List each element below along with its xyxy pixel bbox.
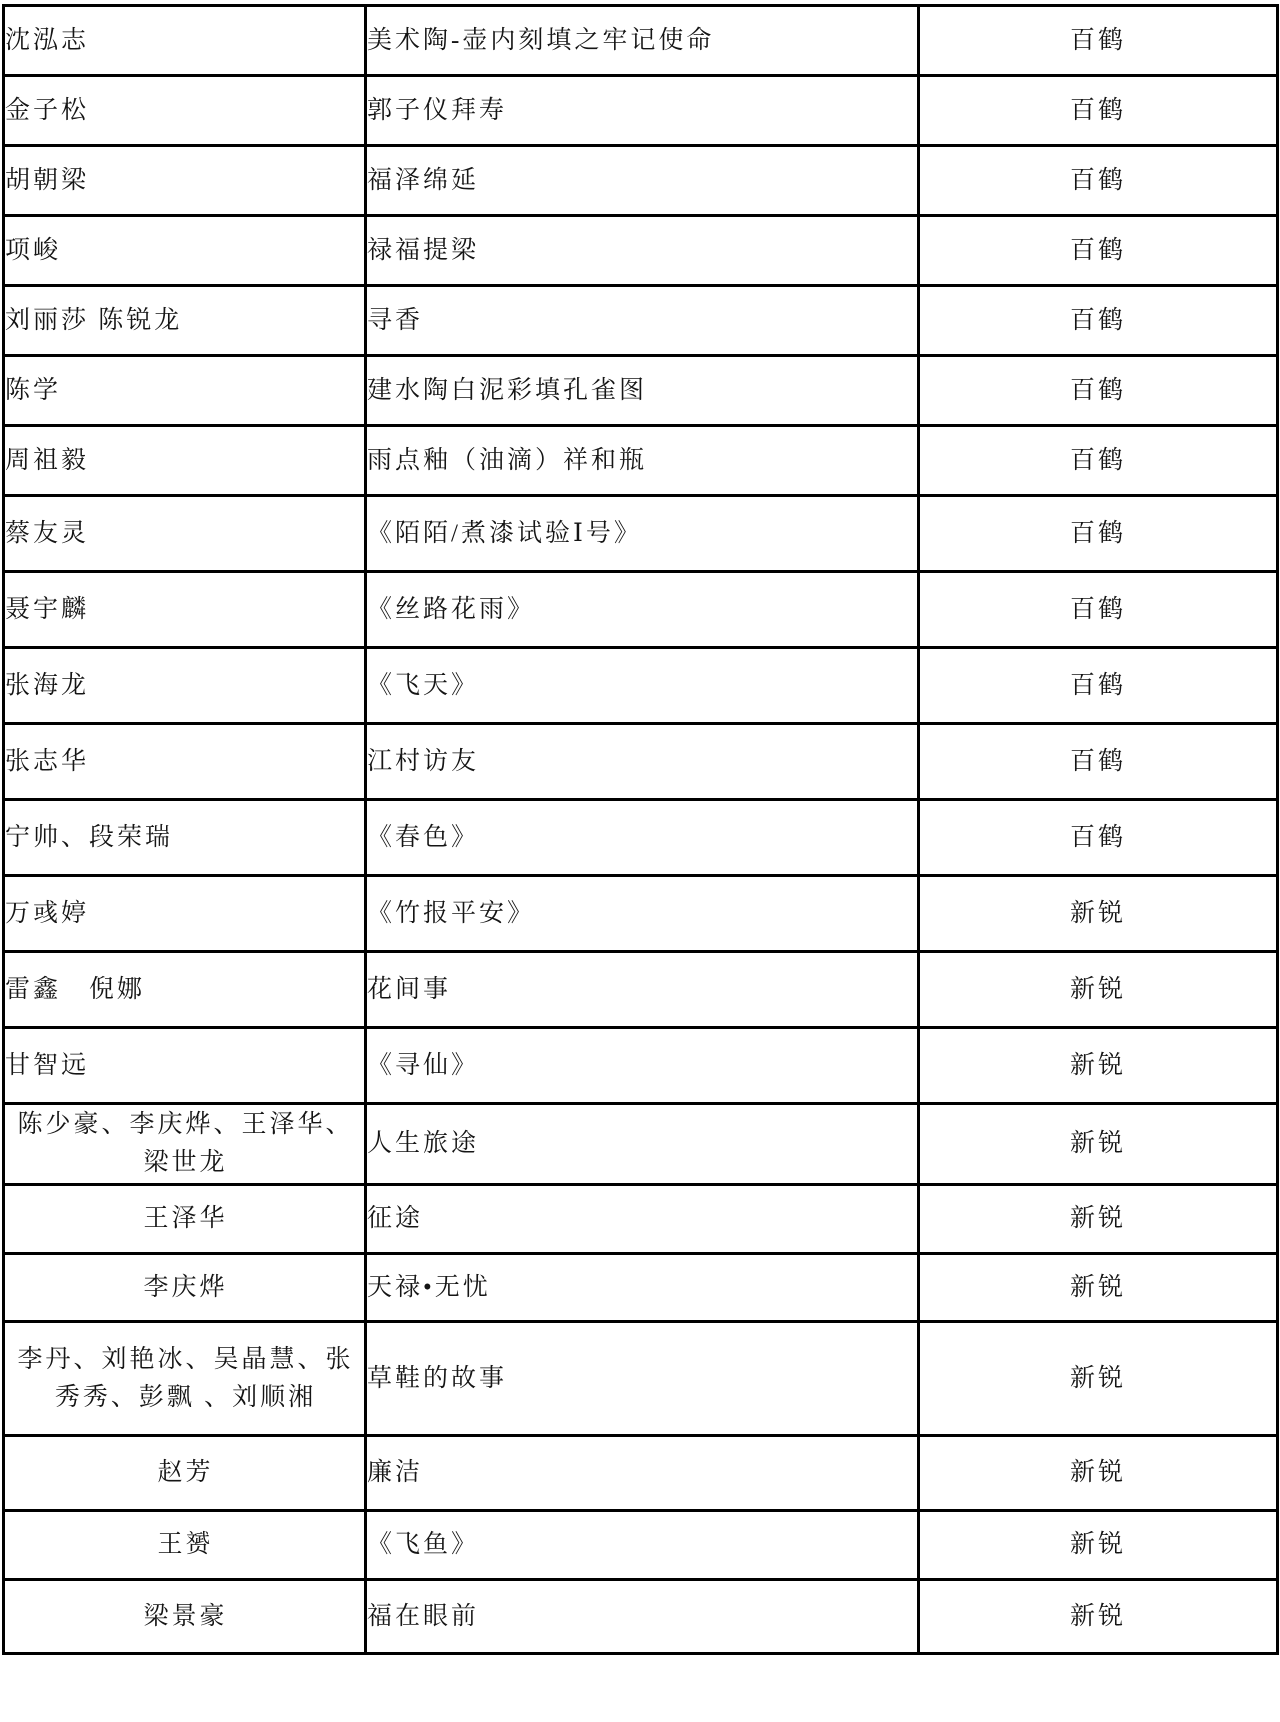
table-row: 梁景豪 福在眼前 新锐 (4, 1580, 1278, 1654)
document-page: 沈泓志 美术陶-壶内刻填之牢记使命 百鹤 金子松 郭子仪拜寿 百鹤 胡朝梁 福泽… (0, 0, 1280, 1655)
artwork-title-cell: 廉洁 (366, 1436, 919, 1511)
table-row: 王赟 《飞鱼》 新锐 (4, 1511, 1278, 1580)
table-row: 李庆烨 天禄•无忧 新锐 (4, 1254, 1278, 1322)
artwork-title-cell: 天禄•无忧 (366, 1254, 919, 1322)
author-cell: 王赟 (4, 1511, 366, 1580)
table-row: 万彧婷 《竹报平安》 新锐 (4, 876, 1278, 952)
artwork-title-cell: 花间事 (366, 952, 919, 1028)
artwork-title-cell: 雨点釉（油滴）祥和瓶 (366, 426, 919, 496)
artwork-title-cell: 寻香 (366, 286, 919, 356)
artwork-title-cell: 《陌陌/煮漆试验Ⅰ号》 (366, 496, 919, 572)
category-cell: 新锐 (919, 1254, 1278, 1322)
artwork-title-cell: 《寻仙》 (366, 1028, 919, 1104)
artwork-title-cell: 美术陶-壶内刻填之牢记使命 (366, 6, 919, 76)
artwork-title-cell: 《竹报平安》 (366, 876, 919, 952)
author-cell: 甘智远 (4, 1028, 366, 1104)
artwork-title-cell: 《飞鱼》 (366, 1511, 919, 1580)
author-cell: 项峻 (4, 216, 366, 286)
table-row: 张志华 江村访友 百鹤 (4, 724, 1278, 800)
category-cell: 百鹤 (919, 496, 1278, 572)
author-cell: 胡朝梁 (4, 146, 366, 216)
table-row: 聂宇麟 《丝路花雨》 百鹤 (4, 572, 1278, 648)
artwork-title-cell: 禄福提梁 (366, 216, 919, 286)
table-row: 王泽华 征途 新锐 (4, 1185, 1278, 1254)
table-row: 项峻 禄福提梁 百鹤 (4, 216, 1278, 286)
category-cell: 新锐 (919, 1322, 1278, 1436)
author-cell: 陈学 (4, 356, 366, 426)
category-cell: 新锐 (919, 952, 1278, 1028)
artwork-title-cell: 人生旅途 (366, 1104, 919, 1185)
author-cell: 梁景豪 (4, 1580, 366, 1654)
author-cell: 张海龙 (4, 648, 366, 724)
author-cell: 聂宇麟 (4, 572, 366, 648)
author-cell: 张志华 (4, 724, 366, 800)
table-row: 胡朝梁 福泽绵延 百鹤 (4, 146, 1278, 216)
table-row: 李丹、刘艳冰、吴晶慧、张 秀秀、彭飘 、刘顺湘 草鞋的故事 新锐 (4, 1322, 1278, 1436)
category-cell: 百鹤 (919, 76, 1278, 146)
table-row: 赵芳 廉洁 新锐 (4, 1436, 1278, 1511)
author-cell: 金子松 (4, 76, 366, 146)
author-cell: 李丹、刘艳冰、吴晶慧、张 秀秀、彭飘 、刘顺湘 (4, 1322, 366, 1436)
table-body: 沈泓志 美术陶-壶内刻填之牢记使命 百鹤 金子松 郭子仪拜寿 百鹤 胡朝梁 福泽… (4, 6, 1278, 1654)
artwork-title-cell: 郭子仪拜寿 (366, 76, 919, 146)
table-row: 甘智远 《寻仙》 新锐 (4, 1028, 1278, 1104)
artwork-title-cell: 《春色》 (366, 800, 919, 876)
category-cell: 百鹤 (919, 216, 1278, 286)
author-cell: 陈少豪、李庆烨、王泽华、 梁世龙 (4, 1104, 366, 1185)
table-row: 宁帅、段荣瑞 《春色》 百鹤 (4, 800, 1278, 876)
author-cell: 王泽华 (4, 1185, 366, 1254)
table-row: 张海龙 《飞天》 百鹤 (4, 648, 1278, 724)
table-row: 雷鑫 倪娜 花间事 新锐 (4, 952, 1278, 1028)
table-row: 蔡友灵 《陌陌/煮漆试验Ⅰ号》 百鹤 (4, 496, 1278, 572)
table-row: 陈少豪、李庆烨、王泽华、 梁世龙 人生旅途 新锐 (4, 1104, 1278, 1185)
category-cell: 新锐 (919, 1436, 1278, 1511)
category-cell: 百鹤 (919, 356, 1278, 426)
category-cell: 新锐 (919, 1028, 1278, 1104)
table-row: 刘丽莎 陈锐龙 寻香 百鹤 (4, 286, 1278, 356)
artwork-title-cell: 《飞天》 (366, 648, 919, 724)
artwork-title-cell: 建水陶白泥彩填孔雀图 (366, 356, 919, 426)
author-cell: 沈泓志 (4, 6, 366, 76)
category-cell: 百鹤 (919, 426, 1278, 496)
author-cell: 刘丽莎 陈锐龙 (4, 286, 366, 356)
author-cell: 万彧婷 (4, 876, 366, 952)
category-cell: 百鹤 (919, 146, 1278, 216)
author-cell: 李庆烨 (4, 1254, 366, 1322)
author-cell: 蔡友灵 (4, 496, 366, 572)
table-row: 陈学 建水陶白泥彩填孔雀图 百鹤 (4, 356, 1278, 426)
category-cell: 新锐 (919, 1104, 1278, 1185)
artwork-title-cell: 江村访友 (366, 724, 919, 800)
author-cell: 宁帅、段荣瑞 (4, 800, 366, 876)
category-cell: 百鹤 (919, 6, 1278, 76)
category-cell: 百鹤 (919, 648, 1278, 724)
artwork-title-cell: 征途 (366, 1185, 919, 1254)
author-cell: 雷鑫 倪娜 (4, 952, 366, 1028)
artwork-title-cell: 福泽绵延 (366, 146, 919, 216)
category-cell: 新锐 (919, 876, 1278, 952)
artwork-title-cell: 《丝路花雨》 (366, 572, 919, 648)
category-cell: 百鹤 (919, 286, 1278, 356)
category-cell: 新锐 (919, 1511, 1278, 1580)
category-cell: 百鹤 (919, 800, 1278, 876)
category-cell: 百鹤 (919, 724, 1278, 800)
table-row: 沈泓志 美术陶-壶内刻填之牢记使命 百鹤 (4, 6, 1278, 76)
author-cell: 赵芳 (4, 1436, 366, 1511)
table-row: 金子松 郭子仪拜寿 百鹤 (4, 76, 1278, 146)
category-cell: 新锐 (919, 1580, 1278, 1654)
category-cell: 百鹤 (919, 572, 1278, 648)
awards-table: 沈泓志 美术陶-壶内刻填之牢记使命 百鹤 金子松 郭子仪拜寿 百鹤 胡朝梁 福泽… (2, 4, 1279, 1655)
artwork-title-cell: 草鞋的故事 (366, 1322, 919, 1436)
category-cell: 新锐 (919, 1185, 1278, 1254)
author-cell: 周祖毅 (4, 426, 366, 496)
artwork-title-cell: 福在眼前 (366, 1580, 919, 1654)
table-row: 周祖毅 雨点釉（油滴）祥和瓶 百鹤 (4, 426, 1278, 496)
